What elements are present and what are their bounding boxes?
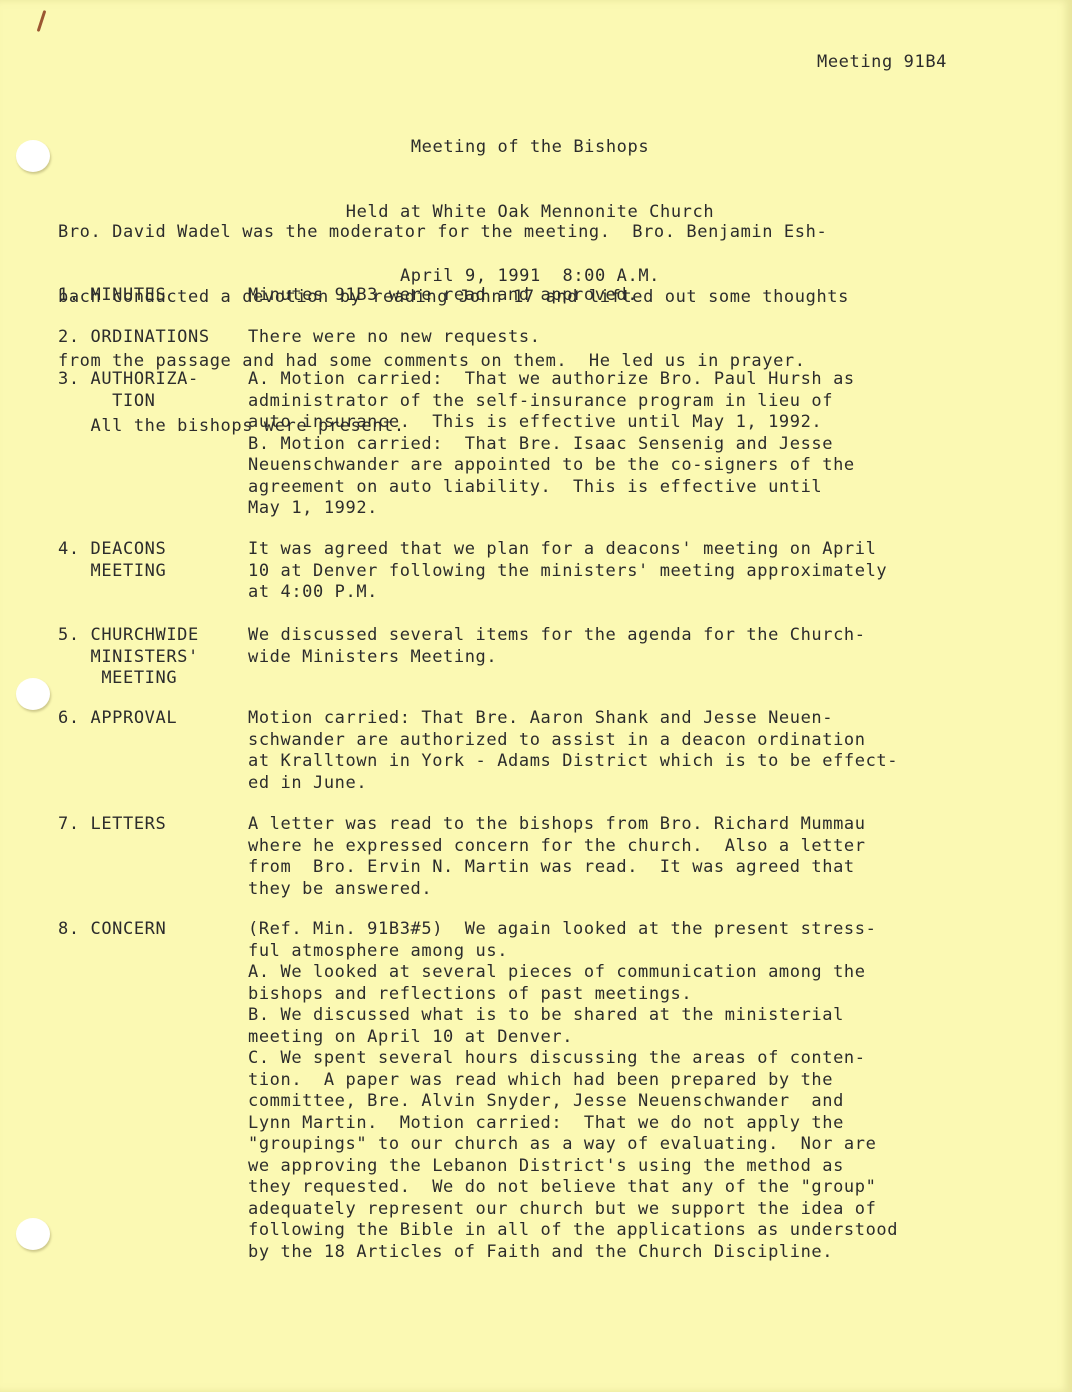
item-body-line: they be answered. (248, 879, 866, 901)
item-body-line: May 1, 1992. (248, 498, 855, 520)
item-heading: 8. CONCERN (58, 919, 166, 941)
item-body-line: A letter was read to the bishops from Br… (248, 814, 866, 836)
item-body-line: 10 at Denver following the ministers' me… (248, 561, 887, 583)
item-body: Minutes 91B3 were read and approved. (248, 285, 638, 307)
item-heading: 3. AUTHORIZA- TION (58, 369, 199, 412)
item-body-line: C. We spent several hours discussing the… (248, 1048, 898, 1070)
item-heading-line: TION (58, 391, 199, 413)
item-heading: 4. DEACONS MEETING (58, 539, 166, 582)
item-body-line: following the Bible in all of the applic… (248, 1220, 898, 1242)
ink-mark (37, 10, 47, 32)
item-heading: 6. APPROVAL (58, 708, 177, 730)
item-body-line: adequately represent our church but we s… (248, 1199, 898, 1221)
item-heading-line: 7. LETTERS (58, 814, 166, 836)
item-heading: 7. LETTERS (58, 814, 166, 836)
item-heading-line: MEETING (58, 561, 166, 583)
item-heading-line: 1. MINUTES (58, 285, 166, 307)
item-body-line: "groupings" to our church as a way of ev… (248, 1134, 898, 1156)
intro-line: Bro. David Wadel was the moderator for t… (58, 222, 849, 244)
item-body: (Ref. Min. 91B3#5) We again looked at th… (248, 919, 898, 1263)
item-body: A. Motion carried: That we authorize Bro… (248, 369, 855, 520)
item-body-line: Minutes 91B3 were read and approved. (248, 285, 638, 307)
item-body: There were no new requests. (248, 327, 541, 349)
item-body: We discussed several items for the agend… (248, 625, 866, 668)
item-heading-line: 3. AUTHORIZA- (58, 369, 199, 391)
item-body-line: B. We discussed what is to be shared at … (248, 1005, 898, 1027)
item-body-line: Neuenschwander are appointed to be the c… (248, 455, 855, 477)
item-body-line: committee, Bre. Alvin Snyder, Jesse Neue… (248, 1091, 898, 1113)
item-body: It was agreed that we plan for a deacons… (248, 539, 887, 604)
item-body-line: agreement on auto liability. This is eff… (248, 477, 855, 499)
item-body: Motion carried: That Bre. Aaron Shank an… (248, 708, 898, 794)
title-line: Meeting of the Bishops (0, 137, 1060, 159)
item-body-line: bishops and reflections of past meetings… (248, 984, 898, 1006)
item-body-line: Motion carried: That Bre. Aaron Shank an… (248, 708, 898, 730)
item-heading: 5. CHURCHWIDE MINISTERS' MEETING (58, 625, 199, 690)
item-heading-line: 6. APPROVAL (58, 708, 177, 730)
item-body-line: There were no new requests. (248, 327, 541, 349)
item-heading: 2. ORDINATIONS (58, 327, 210, 349)
item-body-line: We discussed several items for the agend… (248, 625, 866, 647)
item-body-line: by the 18 Articles of Faith and the Chur… (248, 1242, 898, 1264)
item-heading-line: 4. DEACONS (58, 539, 166, 561)
document-page: Meeting 91B4 Meeting of the Bishops Held… (0, 0, 1074, 1392)
item-body-line: meeting on April 10 at Denver. (248, 1027, 898, 1049)
item-body-line: at 4:00 P.M. (248, 582, 887, 604)
item-body-line: It was agreed that we plan for a deacons… (248, 539, 887, 561)
item-body-line: they requested. We do not believe that a… (248, 1177, 898, 1199)
item-body-line: A. Motion carried: That we authorize Bro… (248, 369, 855, 391)
item-body-line: A. We looked at several pieces of commun… (248, 962, 898, 984)
item-body-line: at Kralltown in York - Adams District wh… (248, 751, 898, 773)
item-body-line: we approving the Lebanon District's usin… (248, 1156, 898, 1178)
item-body-line: (Ref. Min. 91B3#5) We again looked at th… (248, 919, 898, 941)
item-heading-line: MEETING (58, 668, 199, 690)
page-edge (1072, 0, 1080, 1398)
item-body-line: auto insurance. This is effective until … (248, 412, 855, 434)
punch-hole-bottom (16, 1218, 50, 1250)
item-body-line: tion. A paper was read which had been pr… (248, 1070, 898, 1092)
item-heading: 1. MINUTES (58, 285, 166, 307)
item-heading-line: MINISTERS' (58, 647, 199, 669)
item-body-line: B. Motion carried: That Bre. Isaac Sense… (248, 434, 855, 456)
item-heading-line: 2. ORDINATIONS (58, 327, 210, 349)
item-body-line: ed in June. (248, 773, 898, 795)
punch-hole-middle (16, 678, 50, 710)
item-body-line: where he expressed concern for the churc… (248, 836, 866, 858)
item-body-line: Lynn Martin. Motion carried: That we do … (248, 1113, 898, 1135)
item-body-line: wide Ministers Meeting. (248, 647, 866, 669)
meeting-id: Meeting 91B4 (817, 52, 947, 74)
item-body-line: ful atmosphere among us. (248, 941, 898, 963)
item-body: A letter was read to the bishops from Br… (248, 814, 866, 900)
item-heading-line: 8. CONCERN (58, 919, 166, 941)
item-body-line: from Bro. Ervin N. Martin was read. It w… (248, 857, 866, 879)
item-body-line: administrator of the self-insurance prog… (248, 391, 855, 413)
item-body-line: schwander are authorized to assist in a … (248, 730, 898, 752)
item-heading-line: 5. CHURCHWIDE (58, 625, 199, 647)
